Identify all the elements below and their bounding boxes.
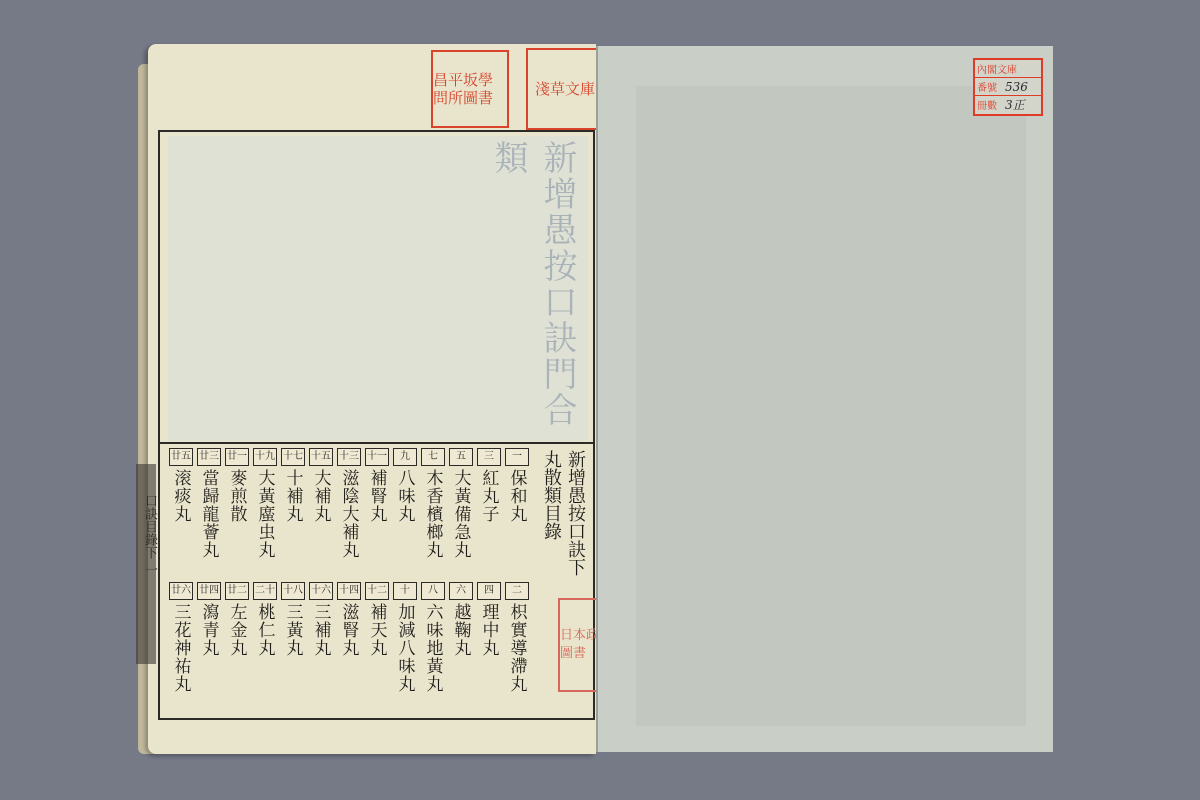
toc-entry: 二十桃仁丸 bbox=[253, 582, 277, 657]
toc-entry: 五大黃備急丸 bbox=[449, 448, 473, 559]
entry-number: 廿三 bbox=[197, 448, 221, 466]
toc-subtitle: 丸散類目錄 bbox=[541, 450, 562, 540]
entry-number: 十四 bbox=[337, 582, 361, 600]
call-number-label: 內閣文庫 番號 536 冊數 3正 bbox=[973, 58, 1043, 116]
entry-number: 八 bbox=[421, 582, 445, 600]
entry-number: 十七 bbox=[281, 448, 305, 466]
entry-name: 木香檳榔丸 bbox=[421, 469, 446, 559]
entry-number: 十二 bbox=[365, 582, 389, 600]
toc-entry: 廿六三花神祐丸 bbox=[169, 582, 193, 693]
toc-entry: 十三滋陰大補丸 bbox=[337, 448, 361, 559]
toc-entry: 六越鞠丸 bbox=[449, 582, 473, 657]
entry-number: 九 bbox=[393, 448, 417, 466]
bleed-through-title: 新增愚按口訣門合類 bbox=[484, 140, 582, 441]
entry-name: 大黃䗪虫丸 bbox=[253, 469, 278, 559]
entry-number: 四 bbox=[477, 582, 501, 600]
entry-number: 十八 bbox=[281, 582, 305, 600]
library-seal-asakusa: 淺草文庫 bbox=[526, 48, 604, 130]
toc-entry: 十四滋腎丸 bbox=[337, 582, 361, 657]
entry-number: 十 bbox=[393, 582, 417, 600]
toc-entry: 十七十補丸 bbox=[281, 448, 305, 523]
entry-number: 十三 bbox=[337, 448, 361, 466]
entry-name: 越鞠丸 bbox=[449, 603, 474, 657]
toc-entry: 四理中丸 bbox=[477, 582, 501, 657]
toc-entry: 三紅丸子 bbox=[477, 448, 501, 523]
toc-entry: 十九大黃䗪虫丸 bbox=[253, 448, 277, 559]
printed-frame: 新增愚按口訣門合類 新增愚按口訣下 丸散類目錄 一保和丸三紅丸子五大黃備急丸七木… bbox=[158, 130, 595, 720]
entry-name: 瀉青丸 bbox=[197, 603, 222, 657]
entry-name: 當歸龍薈丸 bbox=[197, 469, 222, 559]
bleed-through-area: 新增愚按口訣門合類 bbox=[168, 136, 588, 441]
entry-name: 六味地黃丸 bbox=[421, 603, 446, 693]
toc-entry: 十二補天丸 bbox=[365, 582, 389, 657]
entry-number: 廿一 bbox=[225, 448, 249, 466]
entry-name: 滋陰大補丸 bbox=[337, 469, 362, 559]
toc-entry: 十六三補丸 bbox=[309, 582, 333, 657]
entry-number: 廿四 bbox=[197, 582, 221, 600]
toc-entry: 二枳實導滯丸 bbox=[505, 582, 529, 693]
entry-number: 二十 bbox=[253, 582, 277, 600]
toc-entry: 七木香檳榔丸 bbox=[421, 448, 445, 559]
entry-name: 麥煎散 bbox=[225, 469, 250, 523]
entry-number: 十五 bbox=[309, 448, 333, 466]
entry-number: 十一 bbox=[365, 448, 389, 466]
entry-name: 大黃備急丸 bbox=[449, 469, 474, 559]
entry-name: 左金丸 bbox=[225, 603, 250, 657]
entry-number: 三 bbox=[477, 448, 501, 466]
entry-number: 十六 bbox=[309, 582, 333, 600]
margin-text: 口訣目錄下 一 bbox=[140, 494, 159, 576]
entry-name: 滋腎丸 bbox=[337, 603, 362, 657]
entry-name: 三花神祐丸 bbox=[169, 603, 194, 693]
entry-name: 大補丸 bbox=[309, 469, 334, 523]
volume-count-value: 3正 bbox=[1005, 96, 1025, 113]
table-of-contents: 新增愚按口訣下 丸散類目錄 一保和丸三紅丸子五大黃備急丸七木香檳榔丸九八味丸十一… bbox=[160, 446, 593, 716]
toc-entry: 廿三當歸龍薈丸 bbox=[197, 448, 221, 559]
toc-entry: 十八三黃丸 bbox=[281, 582, 305, 657]
entry-number: 十九 bbox=[253, 448, 277, 466]
entry-number: 二 bbox=[505, 582, 529, 600]
toc-entry: 十一補腎丸 bbox=[365, 448, 389, 523]
call-number-value: 536 bbox=[1005, 80, 1028, 94]
toc-entry: 廿四瀉青丸 bbox=[197, 582, 221, 657]
entry-name: 補天丸 bbox=[365, 603, 390, 657]
call-label-row-number: 番號 536 bbox=[975, 78, 1041, 96]
entry-number: 七 bbox=[421, 448, 445, 466]
entry-name: 加減八味丸 bbox=[393, 603, 418, 693]
toc-entry: 十五大補丸 bbox=[309, 448, 333, 523]
entry-number: 六 bbox=[449, 582, 473, 600]
open-book: 昌平坂學問所圖書 淺草文庫 口訣目錄下 一 新增愚按口訣門合類 新增愚按口訣下 … bbox=[138, 44, 1058, 756]
entry-name: 理中丸 bbox=[477, 603, 502, 657]
entry-number: 五 bbox=[449, 448, 473, 466]
library-seal-shoheizaka: 昌平坂學問所圖書 bbox=[431, 50, 509, 128]
toc-entry: 廿二左金丸 bbox=[225, 582, 249, 657]
entry-name: 八味丸 bbox=[393, 469, 418, 523]
toc-entry: 廿五滚痰丸 bbox=[169, 448, 193, 523]
entry-number: 廿六 bbox=[169, 582, 193, 600]
call-label-row-volumes: 冊數 3正 bbox=[975, 96, 1041, 113]
entry-number: 廿二 bbox=[225, 582, 249, 600]
toc-entry: 廿一麥煎散 bbox=[225, 448, 249, 523]
entry-name: 補腎丸 bbox=[365, 469, 390, 523]
entry-number: 一 bbox=[505, 448, 529, 466]
toc-entry: 一保和丸 bbox=[505, 448, 529, 523]
left-page: 昌平坂學問所圖書 淺草文庫 口訣目錄下 一 新增愚按口訣門合類 新增愚按口訣下 … bbox=[148, 44, 596, 754]
entry-name: 三黃丸 bbox=[281, 603, 306, 657]
call-label-header: 內閣文庫 bbox=[975, 60, 1041, 78]
toc-entry: 十加減八味丸 bbox=[393, 582, 417, 693]
entry-name: 枳實導滯丸 bbox=[505, 603, 530, 693]
entry-name: 保和丸 bbox=[505, 469, 530, 523]
blank-endpaper bbox=[636, 86, 1026, 726]
entry-name: 滚痰丸 bbox=[169, 469, 194, 523]
entry-name: 桃仁丸 bbox=[253, 603, 278, 657]
toc-entry: 八六味地黃丸 bbox=[421, 582, 445, 693]
entry-number: 廿五 bbox=[169, 448, 193, 466]
frame-divider bbox=[160, 442, 593, 444]
entry-name: 紅丸子 bbox=[477, 469, 502, 523]
toc-entry: 九八味丸 bbox=[393, 448, 417, 523]
entry-name: 三補丸 bbox=[309, 603, 334, 657]
entry-name: 十補丸 bbox=[281, 469, 306, 523]
right-page: 內閣文庫 番號 536 冊數 3正 bbox=[596, 46, 1053, 752]
toc-title: 新增愚按口訣下 丸散類目錄 bbox=[539, 450, 587, 576]
